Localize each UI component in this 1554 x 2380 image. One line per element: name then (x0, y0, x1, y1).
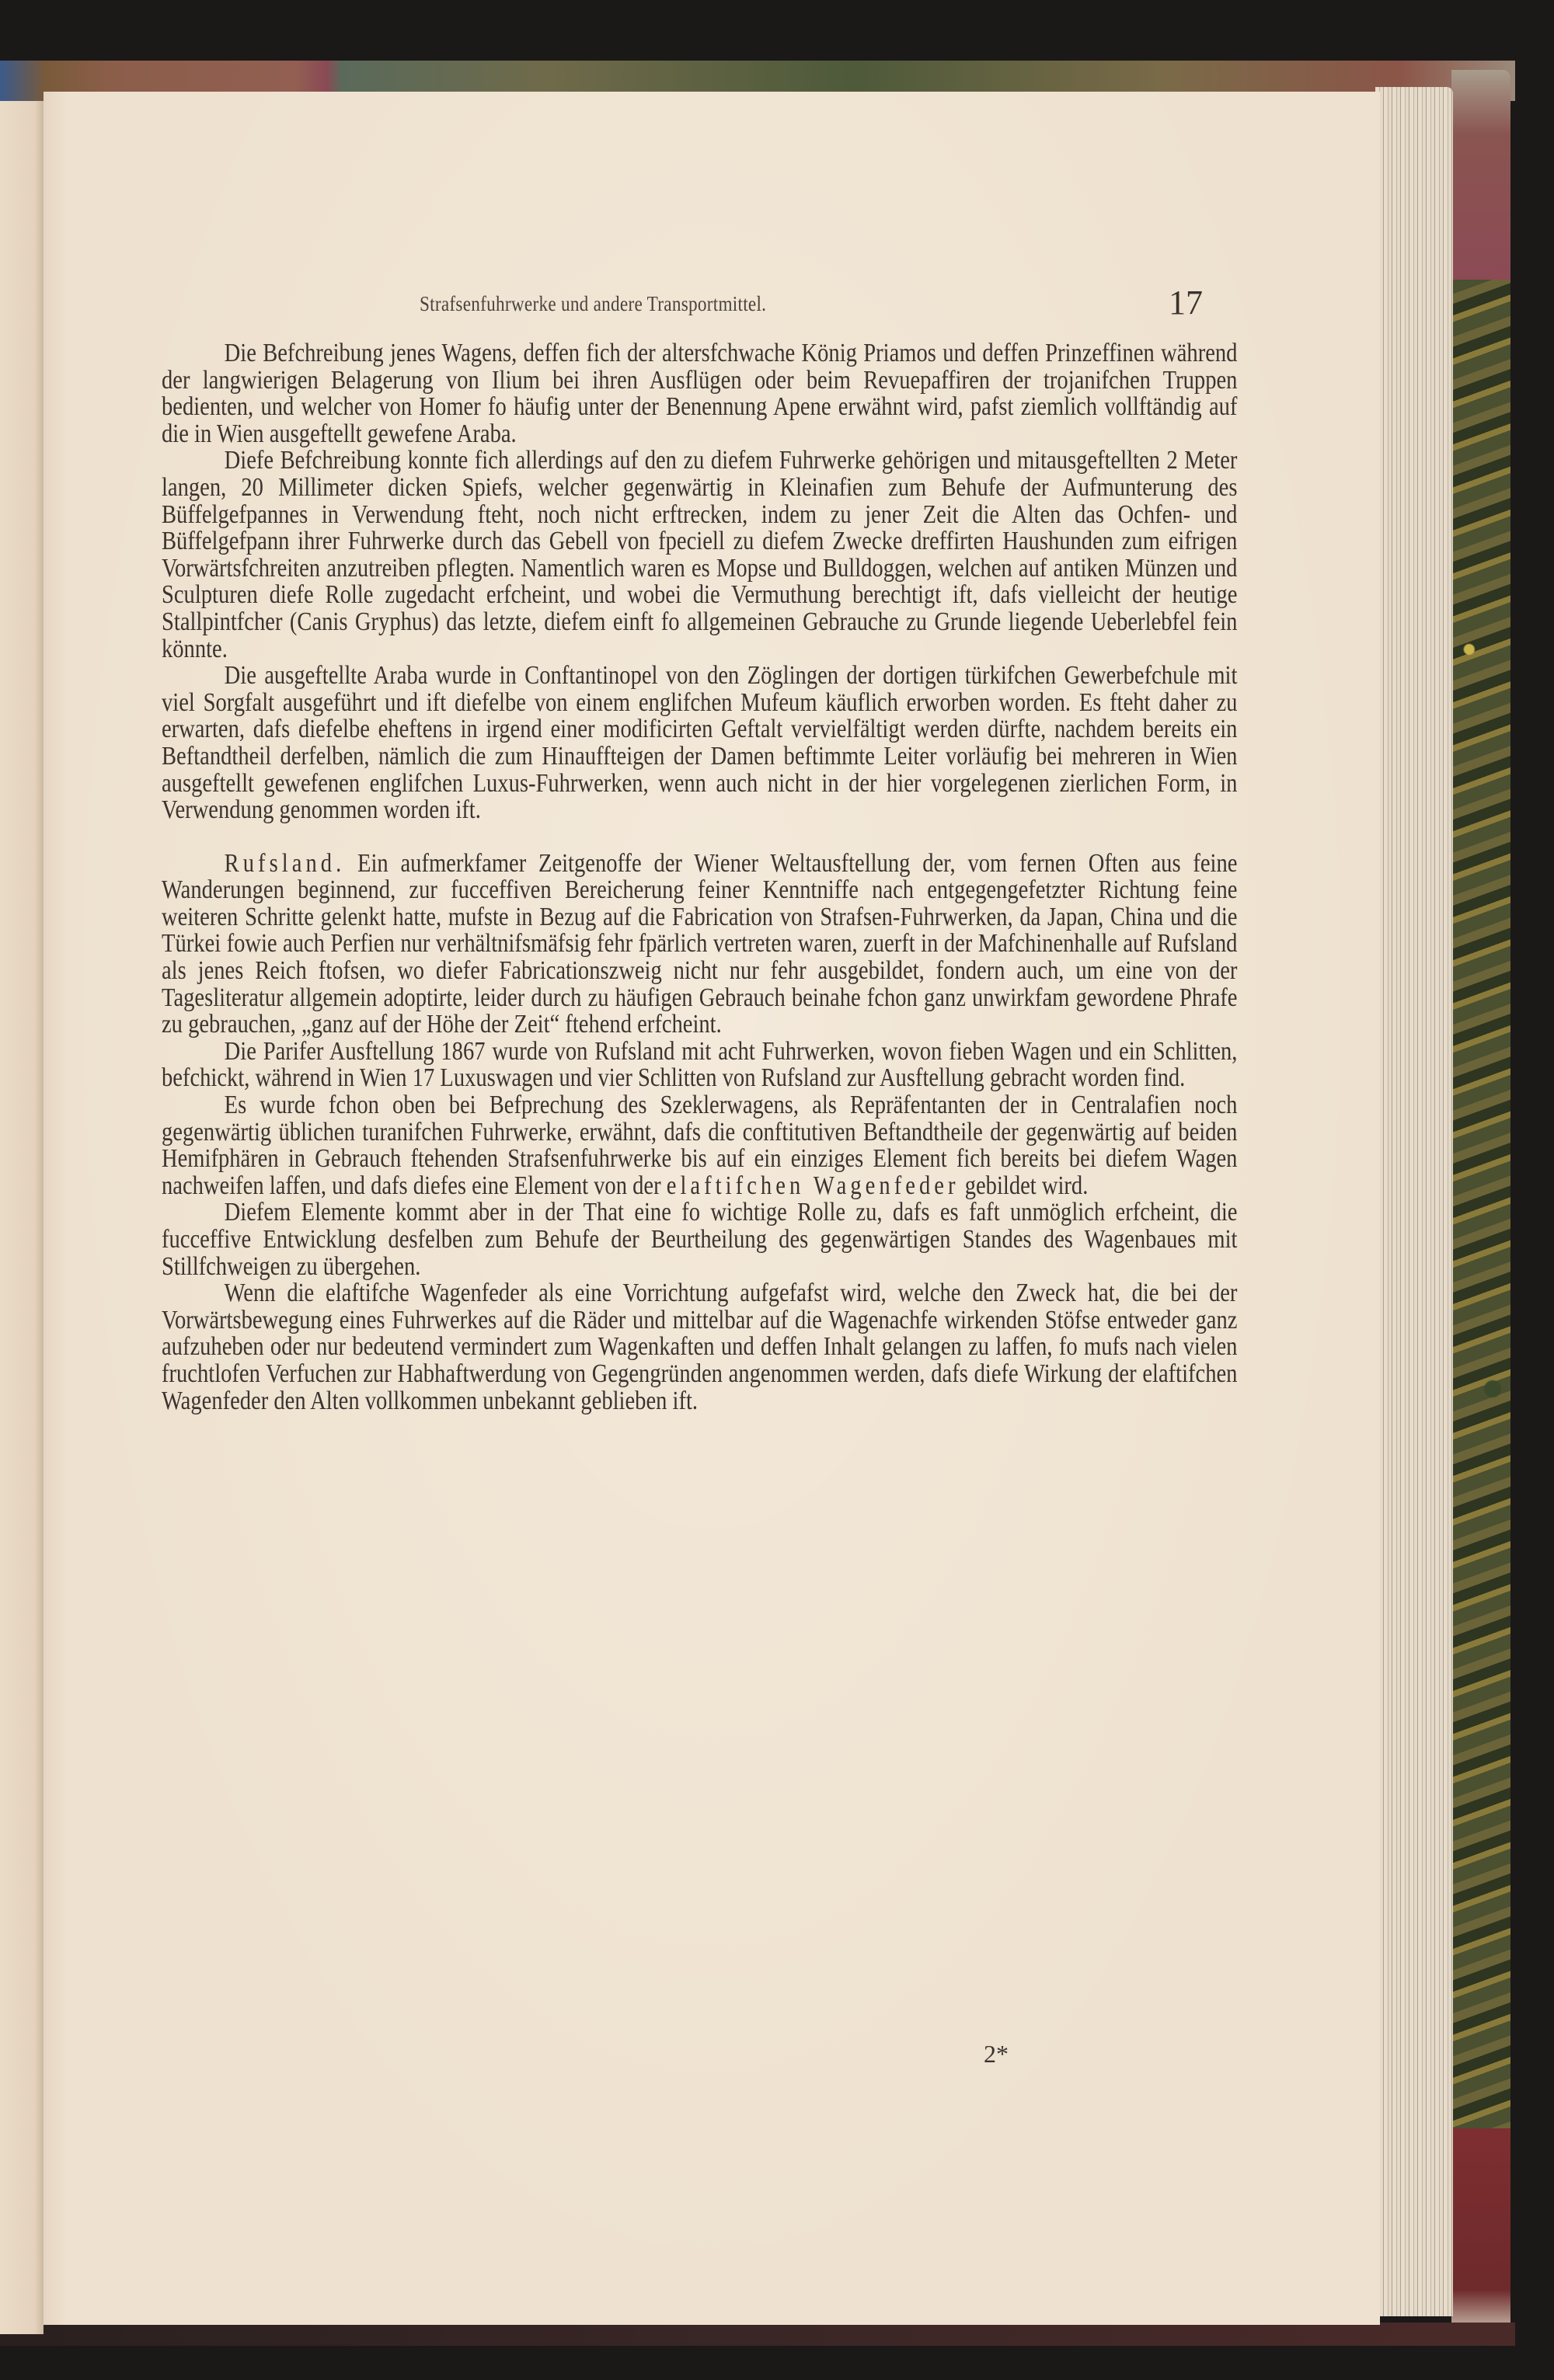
book-cover-marbled-board (1451, 280, 1510, 2128)
emphasis: elaftifchen Wagenfeder (667, 1171, 960, 1200)
paragraph-text: gebildet wird. (960, 1171, 1089, 1200)
book-cover-leather-corner-bottom (1451, 2128, 1510, 2330)
book-cover-bottom-edge (0, 2323, 1515, 2346)
body-text: Die Befchreibung jenes Wagens, deffen fi… (162, 340, 1238, 1414)
paragraph: Die Befchreibung jenes Wagens, deffen fi… (162, 340, 1237, 447)
book-page: Strafsenfuhrwerke und andere Transportmi… (44, 92, 1380, 2325)
paragraph: Diefe Befchreibung konnte fich allerding… (162, 447, 1237, 663)
paragraph: Wenn die elaftifche Wagenfeder als eine … (162, 1280, 1237, 1414)
signature-mark: 2* (984, 2040, 1009, 2069)
book-cover-leather-corner-top (1451, 70, 1510, 284)
running-head: Strafsenfuhrwerke und andere Transportmi… (420, 287, 1243, 318)
section-lead: Rufsland. (225, 849, 346, 878)
page-number: 17 (1169, 283, 1203, 322)
paragraph-section-russia: Rufsland. Ein aufmerkfamer Zeitgenoffe d… (162, 851, 1237, 1039)
paragraph: Die ausgeftellte Araba wurde in Conftant… (162, 663, 1237, 824)
facing-page-edge (0, 101, 44, 2334)
running-title: Strafsenfuhrwerke und andere Transportmi… (420, 292, 766, 316)
paragraph: Die Parifer Ausftellung 1867 wurde von R… (162, 1039, 1237, 1092)
paragraph: Es wurde fchon oben bei Befprechung des … (162, 1092, 1237, 1199)
page-stack-edges (1375, 87, 1453, 2316)
paragraph-text: Ein aufmerkfamer Zeitgenoffe der Wiener … (162, 849, 1237, 1039)
paragraph: Diefem Elemente kommt aber in der That e… (162, 1199, 1237, 1280)
